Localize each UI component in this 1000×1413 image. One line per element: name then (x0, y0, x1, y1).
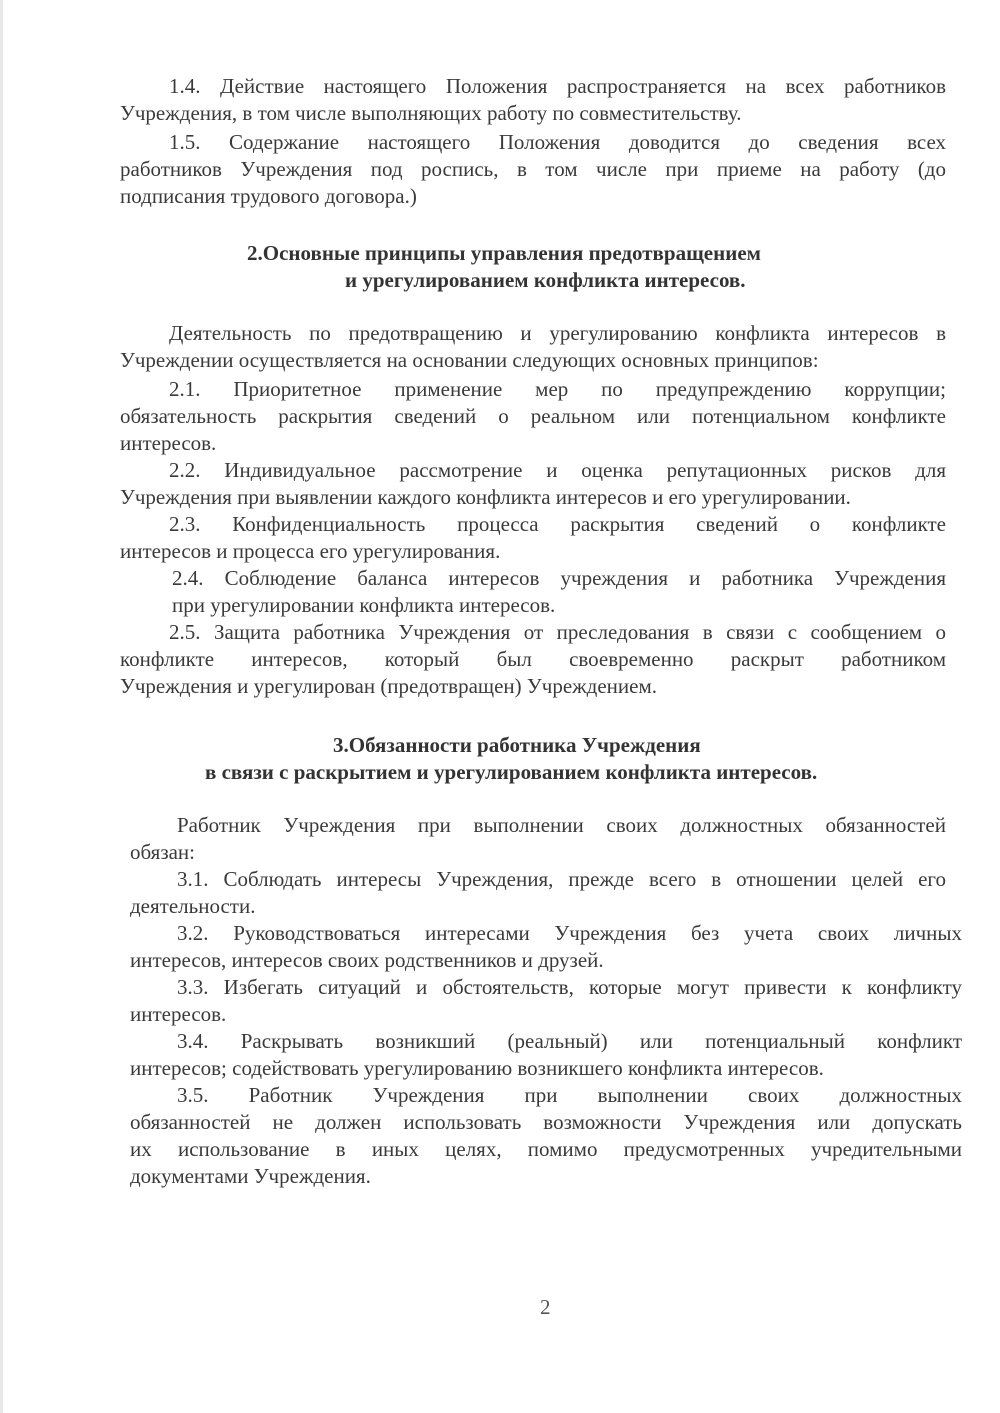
text-line: 2.2. Индивидуальное рассмотрение и оценк… (169, 457, 946, 484)
heading-line: 2.Основные принципы управления предотвра… (247, 240, 761, 267)
text-line: 1.4. Действие настоящего Положения распр… (169, 73, 946, 100)
text-line: 2.1. Приоритетное применение мер по пред… (169, 376, 946, 403)
text-line: обязан: (130, 839, 946, 866)
text-line: 3.5. Работник Учреждения при выполнении … (177, 1082, 962, 1109)
text-line: 2.4. Соблюдение баланса интересов учрежд… (172, 565, 946, 592)
text-line: интересов, интересов своих родственников… (130, 947, 962, 974)
text-line: 3.2. Руководствоваться интересами Учрежд… (177, 920, 962, 947)
text-line: Работник Учреждения при выполнении своих… (177, 812, 946, 839)
text-line: 3.3. Избегать ситуаций и обстоятельств, … (177, 974, 962, 1001)
scan-page-edge (0, 0, 3, 1413)
text-line: документами Учреждения. (130, 1163, 962, 1190)
text-line: Учреждения и урегулирован (предотвращен)… (120, 673, 946, 700)
text-line: обязанностей не должен использовать возм… (130, 1109, 962, 1136)
heading-line: и урегулированием конфликта интересов. (345, 267, 746, 294)
text-line: интересов. (130, 1001, 962, 1028)
text-line: при урегулировании конфликта интересов. (172, 592, 946, 619)
text-line: 1.5. Содержание настоящего Положения дов… (169, 129, 946, 156)
heading-line: 3.Обязанности работника Учреждения (333, 732, 701, 759)
text-line: Деятельность по предотвращению и урегули… (169, 320, 946, 347)
text-line: подписания трудового договора.) (120, 183, 946, 210)
heading-line: в связи с раскрытием и урегулированием к… (205, 759, 817, 786)
text-line: Учреждения, в том числе выполняющих рабо… (120, 100, 946, 127)
text-line: 3.1. Соблюдать интересы Учреждения, преж… (177, 866, 946, 893)
text-line: интересов и процесса его урегулирования. (120, 538, 946, 565)
text-line: Учреждении осуществляется на основании с… (120, 347, 946, 374)
text-line: интересов; содействовать урегулированию … (130, 1055, 962, 1082)
text-line: 3.4. Раскрывать возникший (реальный) или… (177, 1028, 962, 1055)
text-line: 2.5. Защита работника Учреждения от прес… (169, 619, 946, 646)
text-line: работников Учреждения под роспись, в том… (120, 156, 946, 183)
text-line: их использование в иных целях, помимо пр… (130, 1136, 962, 1163)
text-line: 2.3. Конфиденциальность процесса раскрыт… (169, 511, 946, 538)
text-line: деятельности. (130, 893, 946, 920)
text-line: Учреждения при выявлении каждого конфлик… (120, 484, 946, 511)
text-line: обязательность раскрытия сведений о реал… (120, 403, 946, 430)
text-line: интересов. (120, 430, 946, 457)
page-number: 2 (540, 1295, 551, 1320)
text-line: конфликте интересов, который был своевре… (120, 646, 946, 673)
